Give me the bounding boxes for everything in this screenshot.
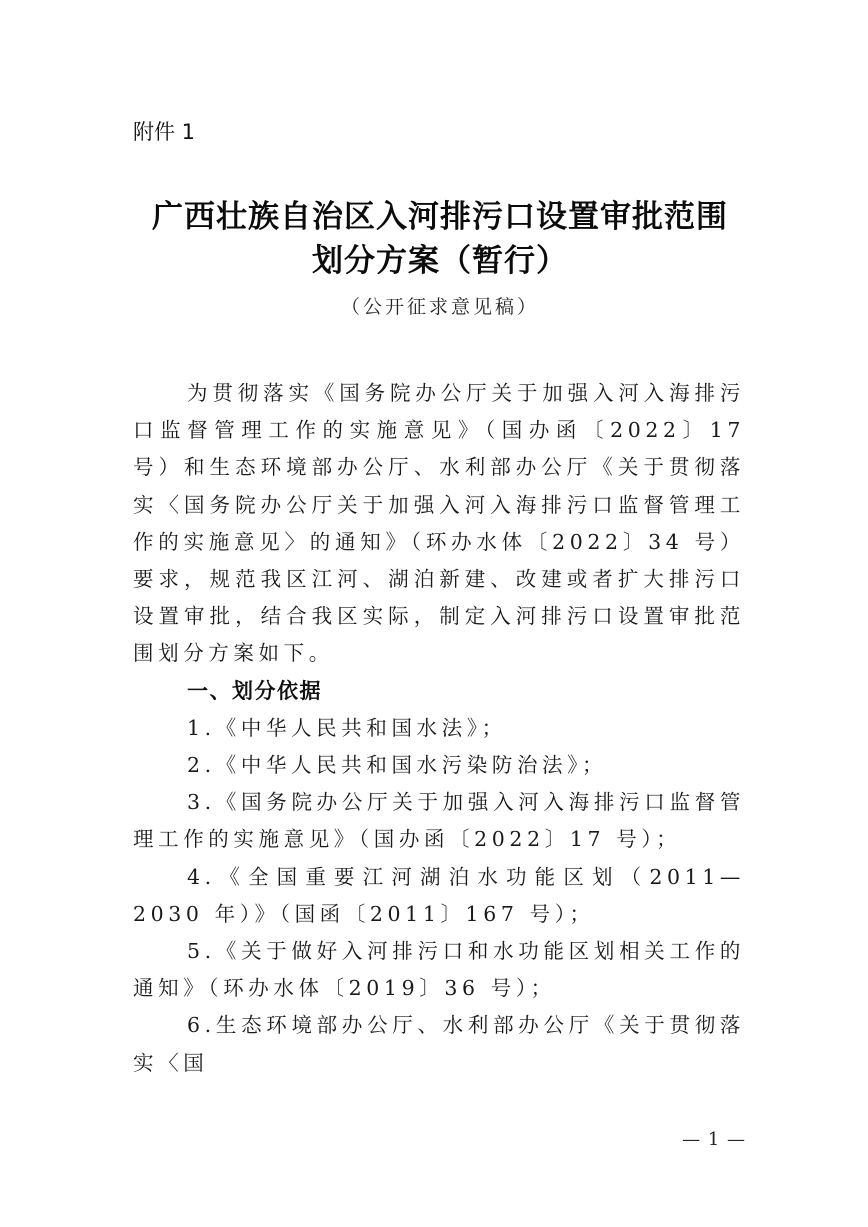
document-body: 为贯彻落实《国务院办公厅关于加强入河入海排污口监督管理工作的实施意见》（国办函〔… <box>133 375 745 1082</box>
list-item: 3.《国务院办公厅关于加强入河入海排污口监督管理工作的实施意见》（国办函〔202… <box>133 784 745 858</box>
list-item: 5.《关于做好入河排污口和水功能区划相关工作的通知》（环办水体〔2019〕36 … <box>133 933 745 1007</box>
list-item: 2.《中华人民共和国水污染防治法》； <box>133 747 745 784</box>
section-heading-basis: 一、划分依据 <box>133 673 745 710</box>
page-number: — 1 — <box>680 1128 746 1152</box>
list-item: 6.生态环境部办公厅、水利部办公厅《关于贯彻落实〈国 <box>133 1007 745 1081</box>
document-page: 附件 1 广西壮族自治区入河排污口设置审批范围 划分方案（暂行） （公开征求意见… <box>0 0 868 1227</box>
intro-paragraph: 为贯彻落实《国务院办公厅关于加强入河入海排污口监督管理工作的实施意见》（国办函〔… <box>133 375 745 673</box>
attachment-label: 附件 1 <box>133 118 195 146</box>
list-item: 4.《全国重要江河湖泊水功能区划（2011—2030 年）》（国函〔2011〕1… <box>133 859 745 933</box>
document-subtitle: （公开征求意见稿） <box>120 292 760 322</box>
document-title-line1: 广西壮族自治区入河排污口设置审批范围 <box>120 195 760 239</box>
document-title-line2: 划分方案（暂行） <box>120 239 760 283</box>
list-item: 1.《中华人民共和国水法》； <box>133 710 745 747</box>
